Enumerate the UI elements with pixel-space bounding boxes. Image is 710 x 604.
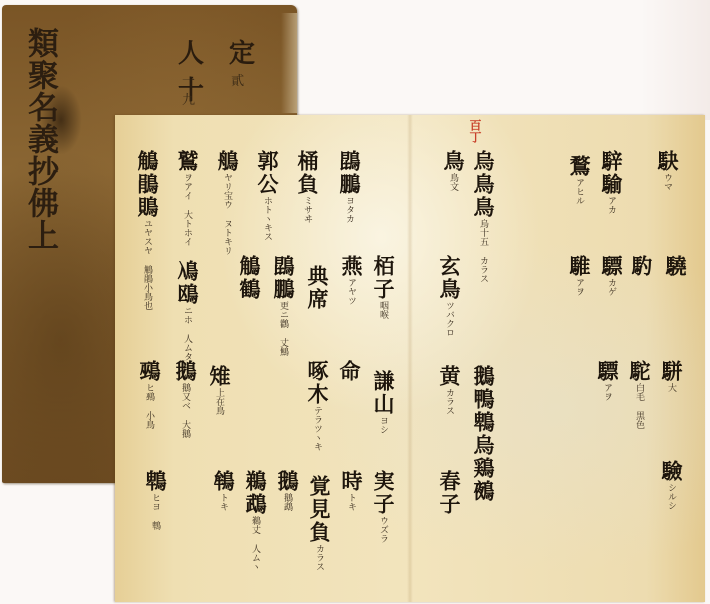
entry: 鵐ヒ鵐 小鳥 xyxy=(137,360,161,429)
entry: 騂騟アカ xyxy=(599,150,623,214)
background-fade xyxy=(640,0,710,120)
entry: 烏鳥鳥烏十五 カラス xyxy=(471,150,495,283)
entry: 驍 xyxy=(663,255,687,278)
entry: 鵃ヤリ宝ウ ヌトキリ xyxy=(215,150,239,255)
entry: 騅アヲ xyxy=(567,255,591,296)
entry: 桶負ミサヰ xyxy=(295,150,319,223)
entry: 鵝鵝又ベ 大鵝 xyxy=(173,360,197,438)
entry: 鵝鴨鵯烏鶏鵺 xyxy=(471,365,495,503)
entry: 鵤鶴 xyxy=(237,255,261,301)
entry: 鷲ヲアイ 大トホイ xyxy=(175,150,199,246)
entry: 玄鳥ツバクロ xyxy=(437,255,461,337)
entry: 驃カゲ xyxy=(599,255,623,296)
entry: 典席 xyxy=(305,265,329,311)
entry: 栢子咽喉 xyxy=(371,255,395,319)
entry: 燕アヤツ xyxy=(339,255,363,305)
entry: 命 xyxy=(337,360,361,383)
entry: 鵜鵡鵜丈 人ムヽ xyxy=(243,470,267,571)
entry: 駢大 xyxy=(659,360,683,392)
entry: 黄カラス xyxy=(437,365,461,415)
entry: 郭公ホトヽキス xyxy=(255,150,279,241)
entry: 時トキ xyxy=(339,470,363,511)
entry: 鵝鵝鵡 xyxy=(275,470,299,511)
entry: 鶩アヒル xyxy=(567,155,591,205)
page-fold xyxy=(407,115,413,602)
entry: 春子 xyxy=(437,470,461,516)
entry: 雉上在鳥 xyxy=(207,365,231,415)
entry: 鵤鵑鵙ユヤスヤ 鵤鵑小鳥也 xyxy=(135,150,159,310)
entry: 駝白毛 黒色 xyxy=(627,360,651,429)
entry: 鵾鵬ヨタカ xyxy=(337,150,361,223)
entry: 啄木テラツヽキ xyxy=(305,360,329,451)
entry: 鵾鵬更ニ鸛 丈鷦 xyxy=(271,255,295,356)
entry: 駃ウマ xyxy=(655,150,679,191)
entry: 驃アヲ xyxy=(595,360,619,401)
cover-title: 類聚名義抄佛上 xyxy=(22,27,58,251)
red-annotation: 百丁 xyxy=(467,119,484,143)
entry: 驗シルシ xyxy=(659,460,683,510)
cover-label-sub: 一 貳 九 xyxy=(182,70,297,108)
entry: 鳥鳥文 xyxy=(441,150,465,191)
entry: 鳰鴎ニホ 人ムタ xyxy=(175,260,199,361)
entry: 実子ウズラ xyxy=(371,470,395,543)
entry: 馰 xyxy=(629,255,653,278)
entry: 鴾トキ xyxy=(211,470,235,511)
manuscript-page: 百丁 鵤鵑鵙ユヤスヤ 鵤鵑小鳥也 鷲ヲアイ 大トホイ 鵃ヤリ宝ウ ヌトキリ 郭公… xyxy=(115,115,705,602)
entry: 覚見負カラス xyxy=(307,475,331,571)
entry: 謙山ヨシ xyxy=(371,370,395,434)
entry: 鵯ヒヨ 鵯 xyxy=(143,470,167,530)
